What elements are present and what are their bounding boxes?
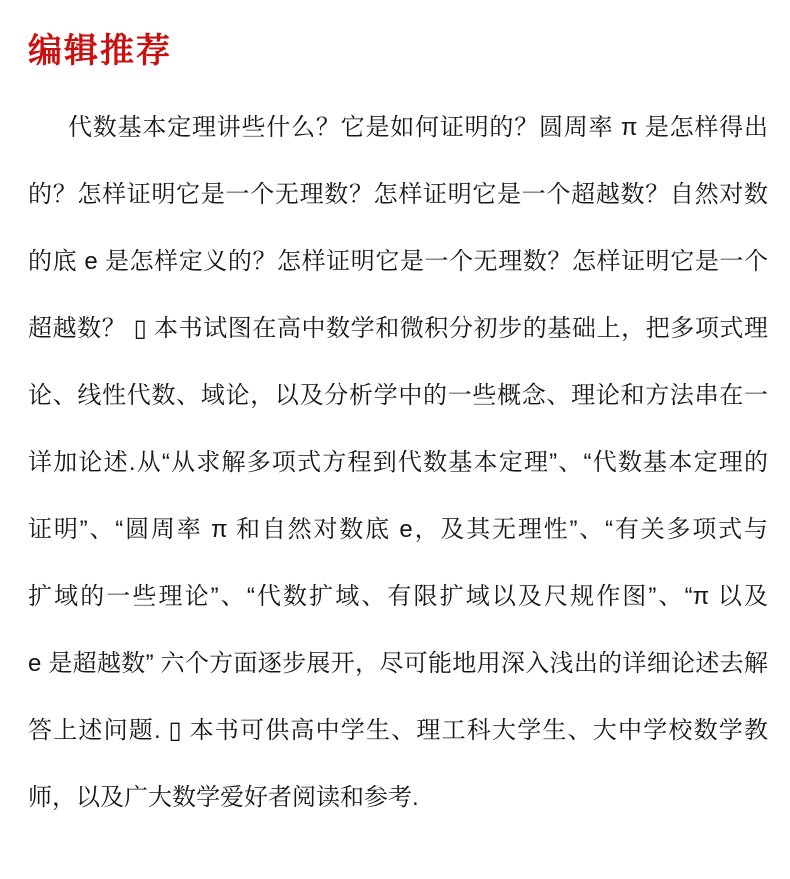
book-intro-page: 编辑推荐 代数基本定理讲些什么？它是如何证明的？圆周率 π 是怎样得出 的？怎样…: [0, 0, 790, 879]
paragraph-line: 论、线性代数、域论，以及分析学中的一些概念、理论和方法串在一起: [28, 362, 768, 429]
paragraph-line: 答上述问题. ▯ 本书可供高中学生、理工科大学生、大中学校数学教: [28, 697, 768, 764]
paragraph-line: 超越数？ ▯ 本书试图在高中数学和微积分初步的基础上，把多项式理: [28, 295, 768, 362]
paragraph-line: 的？怎样证明它是一个无理数？怎样证明它是一个超越数？自然对数: [28, 161, 768, 228]
paragraph-line: 代数基本定理讲些什么？它是如何证明的？圆周率 π 是怎样得出: [28, 94, 768, 161]
paragraph-line: 证明”、“圆周率 π 和自然对数底 e，及其无理性”、“有关多项式与: [28, 496, 768, 563]
paragraph-line: 详加论述.从“从求解多项式方程到代数基本定理”、“代数基本定理的: [28, 429, 768, 496]
page-title: 编辑推荐: [28, 30, 790, 72]
paragraph-line: e 是超越数” 六个方面逐步展开，尽可能地用深入浅出的详细论述去解: [28, 630, 768, 697]
paragraph-line: 的底 e 是怎样定义的？怎样证明它是一个无理数？怎样证明它是一个: [28, 228, 768, 295]
paragraph-line: 师，以及广大数学爱好者阅读和参考.: [28, 764, 768, 831]
paragraph-line: 扩域的一些理论”、“代数扩域、有限扩域以及尺规作图”、“π 以及: [28, 563, 768, 630]
recommendation-paragraph: 代数基本定理讲些什么？它是如何证明的？圆周率 π 是怎样得出 的？怎样证明它是一…: [28, 94, 768, 831]
